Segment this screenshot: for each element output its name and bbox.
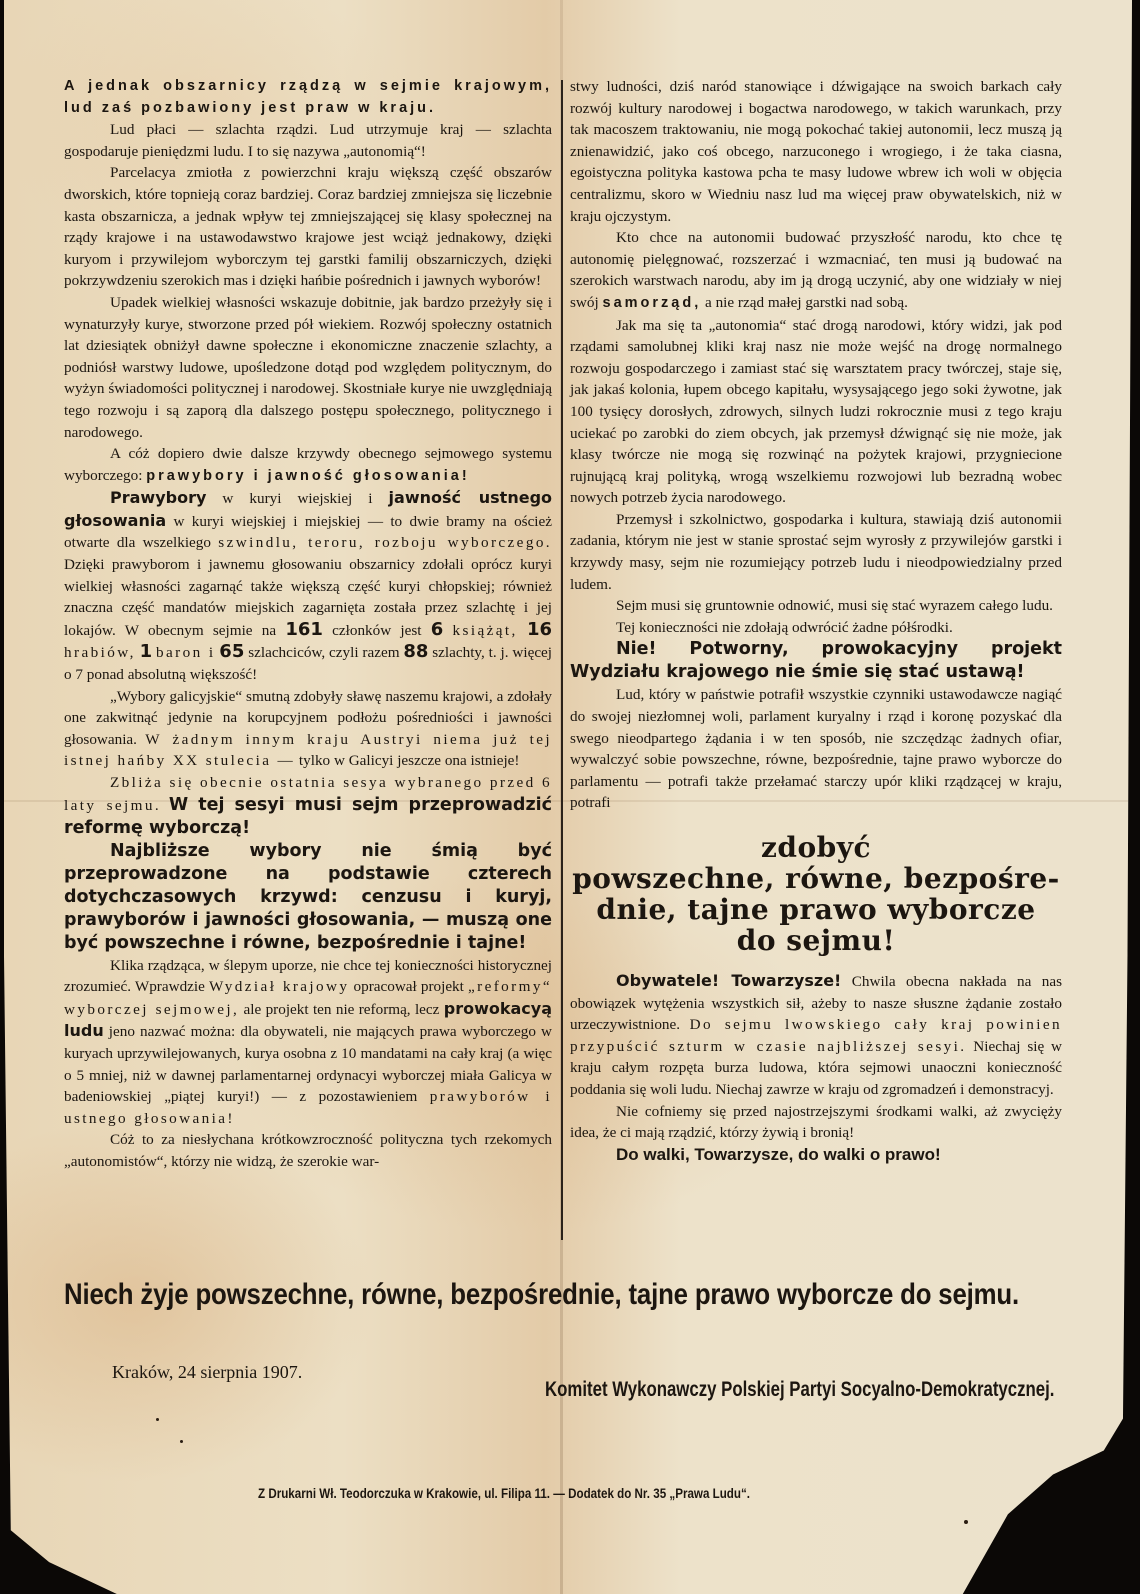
- headline-line: dnie, tajne prawo wyborcze: [570, 894, 1062, 925]
- right-column: stwy ludności, dziś naród stanowiące i d…: [570, 76, 1062, 1165]
- headline-line: powszechne, równe, bezpośre-: [570, 863, 1062, 894]
- paragraph: Przemysł i szkolnictwo, gospodarka i kul…: [570, 509, 1062, 595]
- printer-imprint: Z Drukarni Wł. Teodorczuka w Krakowie, u…: [258, 1486, 750, 1501]
- place-and-date: Kraków, 24 sierpnia 1907.: [112, 1362, 302, 1383]
- text-run: ale projekt ten nie reformą, lecz: [244, 1001, 440, 1018]
- paragraph: Tej konieczności nie zdołają odwrócić ża…: [570, 617, 1062, 639]
- text-run: książąt,: [453, 622, 518, 639]
- paragraph: Cóż to za niesłychana krótkowzroczność p…: [64, 1129, 552, 1172]
- paragraph: „Wybory galicyjskie“ smutną zdobyły sław…: [64, 686, 552, 772]
- paragraph: Obywatele! Towarzysze! Chwila obecna nak…: [570, 970, 1062, 1101]
- paragraph: Sejm musi się gruntownie odnowić, musi s…: [570, 595, 1062, 617]
- count-total-nobility: 88: [403, 641, 428, 662]
- closing-call: Do walki, Towarzysze, do walki o prawo!: [570, 1144, 1062, 1166]
- spaced-emphasis: szwindlu, teroru, rozboju wyborczego.: [218, 534, 552, 551]
- paragraph: A jednak obszarnicy rządzą w sejmie kraj…: [64, 76, 552, 119]
- count-members: 161: [285, 619, 323, 640]
- footer-banner-slogan: Niech żyje powszechne, równe, bezpośredn…: [64, 1278, 924, 1312]
- text-run: baron i: [156, 644, 215, 661]
- ink-speck: [964, 1520, 968, 1524]
- text-run: szlachciców, czyli razem: [248, 644, 399, 661]
- paragraph: Parcelacya zmiotła z powierzchni kraju w…: [64, 162, 552, 292]
- spaced-emphasis: Wydział krajowy: [209, 978, 349, 995]
- paragraph: Lud, który w państwie potrafił wszystkie…: [570, 684, 1062, 814]
- paragraph: Lud płaci — szlachta rządzi. Lud utrzymu…: [64, 119, 552, 162]
- left-column: A jednak obszarnicy rządzą w sejmie kraj…: [64, 76, 552, 1173]
- text-run: hrabiów,: [64, 644, 136, 661]
- bold-paragraph: Najbliższe wybory nie śmią być przeprowa…: [64, 840, 552, 955]
- ink-speck: [156, 1418, 159, 1421]
- headline-line: do sejmu!: [570, 925, 1062, 956]
- count-princes: 6: [431, 619, 444, 640]
- count-barons: 1: [140, 641, 153, 662]
- paragraph: Upadek wielkiej własności wskazuje dobit…: [64, 292, 552, 443]
- ink-speck: [180, 1440, 183, 1443]
- paragraph: Zbliża się obecnie ostatnia sesya wybran…: [64, 772, 552, 840]
- paragraph: Kto chce na autonomii budować przyszłość…: [570, 227, 1062, 314]
- count-counts: 16: [527, 619, 552, 640]
- paragraph: Klika rządząca, w ślepym uporze, nie chc…: [64, 955, 552, 1130]
- text-run: a nie rząd małej garstki nad sobą.: [705, 294, 908, 311]
- text-run: w kuryi wiejskiej i: [222, 490, 372, 507]
- paragraph: A cóż dopiero dwie dalsze krzywdy obecne…: [64, 443, 552, 487]
- central-headline: zdobyć powszechne, równe, bezpośre- dnie…: [570, 832, 1062, 956]
- text-run: tylko w Galicyi jeszcze ona istnieje!: [299, 752, 520, 769]
- text-run: członków jest: [332, 622, 421, 639]
- paragraph: Prawybory w kuryi wiejskiej i jawność us…: [64, 487, 552, 685]
- bold-emphasis: Obywatele! Towarzysze!: [616, 971, 841, 990]
- count-nobles: 65: [219, 641, 244, 662]
- paragraph: stwy ludności, dziś naród stanowiące i d…: [570, 76, 1062, 227]
- bold-paragraph: Nie! Potworny, prowokacyjny projekt Wydz…: [570, 638, 1062, 684]
- headline-line: zdobyć: [570, 832, 1062, 863]
- paragraph: Nie cofniemy się przed najostrzejszymi ś…: [570, 1101, 1062, 1144]
- bold-emphasis: Prawybory: [110, 488, 206, 507]
- text-run: opracował projekt: [354, 978, 464, 995]
- paragraph: Jak ma się ta „autonomia“ stać drogą nar…: [570, 315, 1062, 509]
- spaced-emphasis: samorząd,: [603, 295, 702, 311]
- spaced-emphasis: prawybory i jawność głosowania!: [146, 468, 469, 484]
- column-divider: [561, 80, 563, 1240]
- signature: Komitet Wykonawczy Polskiej Partyi Socya…: [545, 1378, 1054, 1402]
